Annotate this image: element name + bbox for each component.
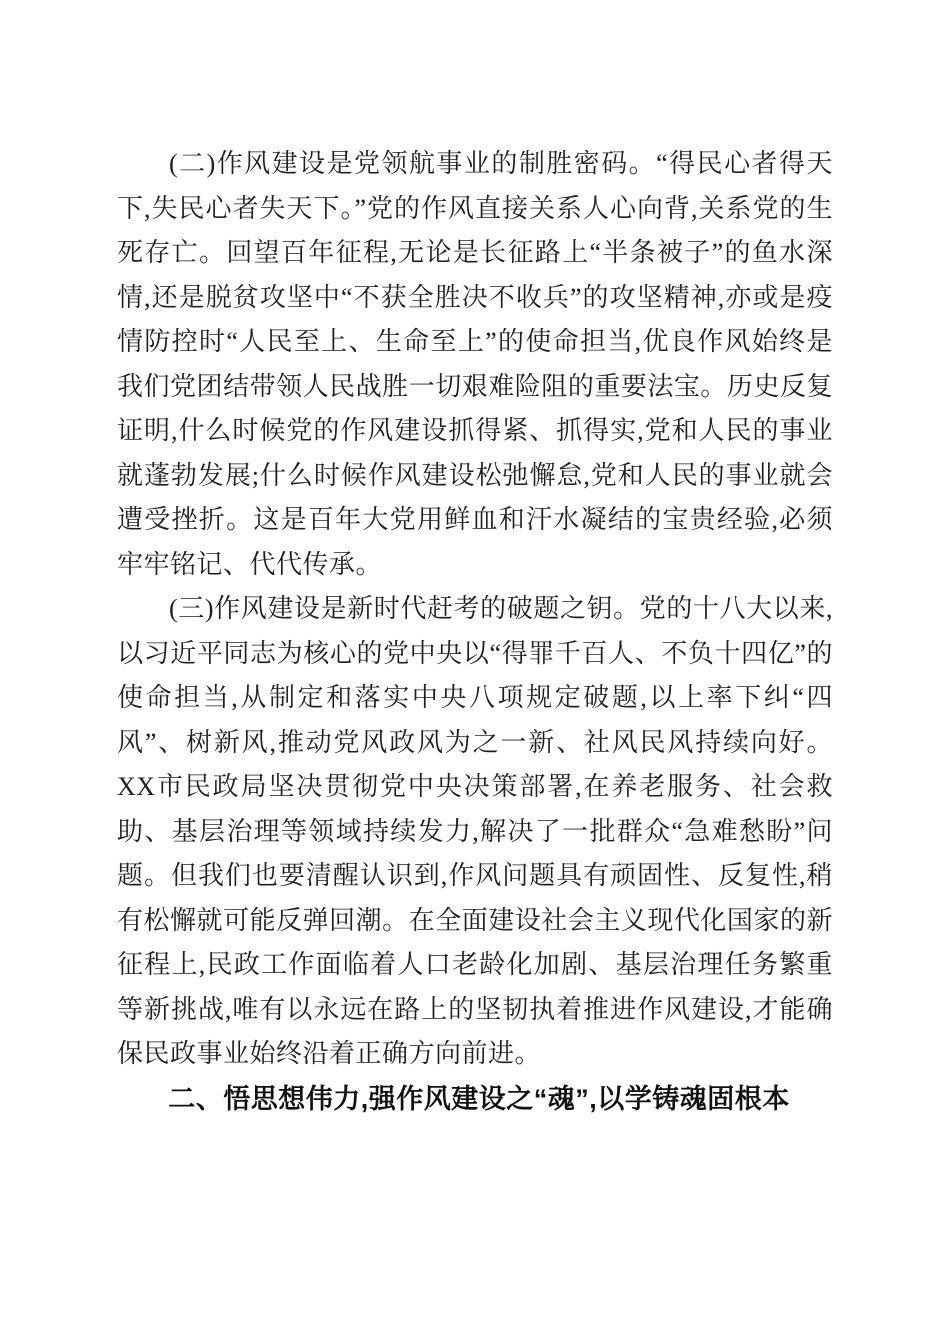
document-page: (二)作风建设是党领航事业的制胜密码。“得民心者得天下,失民心者失天下。”党的作… [0,0,950,1344]
paragraph-point-three-text: 党的十八大以来,以习近平同志为核心的党中央以“得罪千百人、不负十四亿”的使命担当… [117,594,833,1068]
paragraph-point-three-lead: (三)作风建设是新时代赶考的破题之钥。 [169,594,640,623]
paragraph-point-two-lead: (二)作风建设是党领航事业的制胜密码。 [169,149,656,178]
paragraph-point-two-text: “得民心者得天下,失民心者失天下。”党的作风直接关系人心向背,关系党的生死存亡。… [117,149,833,579]
section-heading-two: 二、悟思想伟力,强作风建设之“魂”,以学铸魂固根本 [117,1077,833,1122]
paragraph-point-two: (二)作风建设是党领航事业的制胜密码。“得民心者得天下,失民心者失天下。”党的作… [117,142,833,587]
document-body: (二)作风建设是党领航事业的制胜密码。“得民心者得天下,失民心者失天下。”党的作… [117,142,833,1121]
paragraph-point-three: (三)作风建设是新时代赶考的破题之钥。党的十八大以来,以习近平同志为核心的党中央… [117,587,833,1077]
